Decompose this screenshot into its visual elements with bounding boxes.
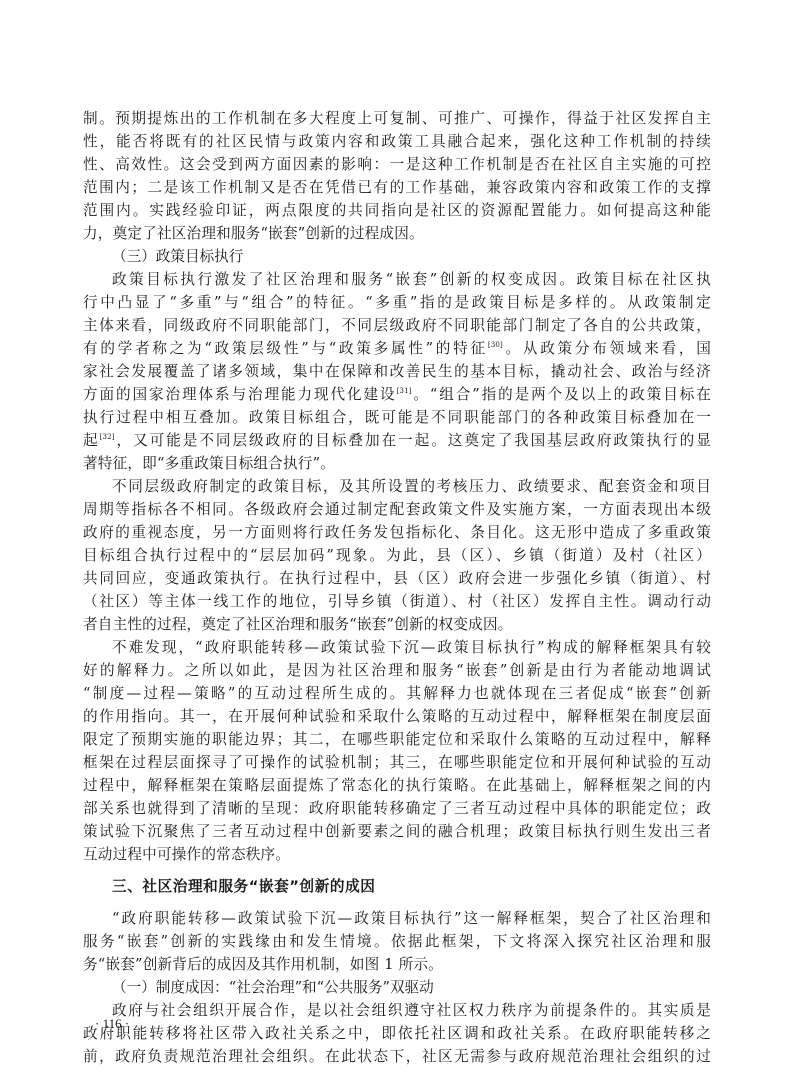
paragraph: 政府与社会组织开展合作，是以社会组织遵守社区权力秩序为前提条件的。其实质是 政府… <box>83 999 711 1068</box>
subsection-heading-institutional-cause: （一）制度成因：“社会治理”和“公共服务”双驱动 <box>83 976 711 999</box>
text-line: “制度—过程—策略”的互动过程所生成的。其解释力也就体现在三者促成“嵌套”创新 <box>83 682 711 705</box>
paragraph: 不难发现，“政府职能转移—政策试验下沉—政策目标执行”构成的解释框架具有较 好的… <box>83 636 711 866</box>
document-page: 制。预期提炼出的工作机制在多大程度上可复制、可推广、可操作，得益于社区发挥自主 … <box>83 107 711 1068</box>
text-span: 起 <box>83 432 100 449</box>
text-span: 有的学者称之为“政策层级性”与“政策多属性”的特征 <box>83 340 488 357</box>
text-line: 范围内；二是该工作机制又是否在凭借已有的工作基础，兼容政策内容和政策工作的支撑 <box>83 176 711 199</box>
paragraph: “政府职能转移—政策试验下沉—政策目标执行”这一解释框架，契合了社区治理和 服务… <box>83 907 711 976</box>
text-line: 执行过程中相互叠加。政策目标组合，既可能是不同职能部门的各种政策目标叠加在一 <box>83 406 711 429</box>
text-line: 过程中，解释框架在策略层面提炼了常态化的执行策略。在此基础上，解释框架之间的内 <box>83 774 711 797</box>
text-line: 政府的重视态度，另一方面则将行政任务发包指标化、条目化。这无形中造成了多重政策 <box>83 521 711 544</box>
paragraph-continued: 制。预期提炼出的工作机制在多大程度上可复制、可推广、可操作，得益于社区发挥自主 … <box>83 107 711 245</box>
text-span: 。从政策分布领域来看，国 <box>503 340 711 357</box>
citation-ref-32[interactable]: [32] <box>100 433 115 441</box>
text-line: 政策目标执行激发了社区治理和服务“嵌套”创新的权变成因。政策目标在社区执 <box>83 268 711 291</box>
paragraph: 不同层级政府制定的政策目标，及其所设置的考核压力、政绩要求、配套资金和项目 周期… <box>83 475 711 636</box>
text-line: （社区）等主体一线工作的地位，引导乡镇（街道）、村（社区）发挥自主性。调动行动 <box>83 590 711 613</box>
text-line: 前，政府负责规范治理社会组织。在此状态下，社区无需参与政府规范治理社会组织的过 <box>83 1045 711 1068</box>
citation-ref-31[interactable]: [31] <box>397 387 412 395</box>
text-line: 政府职能转移将社区带入政社关系之中，即依托社区调和政社关系。在政府职能转移之 <box>83 1022 711 1045</box>
text-line: 起[32]，又可能是不同层级政府的目标叠加在一起。这奠定了我国基层政府政策执行的… <box>83 429 711 452</box>
text-line: “政府职能转移—政策试验下沉—政策目标执行”这一解释框架，契合了社区治理和 <box>83 907 711 930</box>
text-line: 者自主性的过程，奠定了社区治理和服务“嵌套”创新的权变成因。 <box>83 613 711 636</box>
text-line: 框架在过程层面探寻了可操作的试验机制；其三，在哪些职能定位和开展何种试验的互动 <box>83 751 711 774</box>
text-line: 目标组合执行过程中的“层层加码”现象。为此，县（区）、乡镇（街道）及村（社区） <box>83 544 711 567</box>
page-number: · 116 · <box>95 1016 129 1032</box>
text-line: 互动过程中可操作的常态秩序。 <box>83 843 711 866</box>
text-line: 方面的国家治理体系与治理能力现代化建设[31]。“组合”指的是两个及以上的政策目… <box>83 383 711 406</box>
text-line: 部关系也就得到了清晰的呈现：政府职能转移确定了三者互动过程中具体的职能定位；政 <box>83 797 711 820</box>
text-line: 力，奠定了社区治理和服务“嵌套”创新的过程成因。 <box>83 222 711 245</box>
text-line: 不同层级政府制定的政策目标，及其所设置的考核压力、政绩要求、配套资金和项目 <box>83 475 711 498</box>
text-line: 主体来看，同级政府不同职能部门，不同层级政府不同职能部门制定了各自的公共政策， <box>83 314 711 337</box>
text-line: 务“嵌套”创新背后的成因及其作用机制，如图 1 所示。 <box>83 953 711 976</box>
text-line: 共同回应，变通政策执行。在执行过程中，县（区）政府会进一步强化乡镇（街道）、村 <box>83 567 711 590</box>
text-line: 好的解释力。之所以如此，是因为社区治理和服务“嵌套”创新是由行为者能动地调试 <box>83 659 711 682</box>
text-line: 家社会发展覆盖了诸多领域，集中在保障和改善民生的基本目标，撬动社会、政治与经济 <box>83 360 711 383</box>
subsection-heading-policy-goal-execution: （三）政策目标执行 <box>83 245 711 268</box>
text-line: 服务“嵌套”创新的实践缘由和发生情境。依据此框架，下文将深入探究社区治理和服 <box>83 930 711 953</box>
text-line: 著特征，即“多重政策目标组合执行”。 <box>83 452 711 475</box>
text-line: 的作用指向。其一，在开展何种试验和采取什么策略的互动过程中，解释框架在制度层面 <box>83 705 711 728</box>
text-line: 制。预期提炼出的工作机制在多大程度上可复制、可推广、可操作，得益于社区发挥自主 <box>83 107 711 130</box>
text-line: 行中凸显了“多重”与“组合”的特征。“多重”指的是政策目标是多样的。从政策制定 <box>83 291 711 314</box>
text-line: 限定了预期实施的职能边界；其二，在哪些职能定位和采取什么策略的互动过程中，解释 <box>83 728 711 751</box>
text-span: ，又可能是不同层级政府的目标叠加在一起。这奠定了我国基层政府政策执行的显 <box>115 432 711 449</box>
text-line: 不难发现，“政府职能转移—政策试验下沉—政策目标执行”构成的解释框架具有较 <box>83 636 711 659</box>
section-heading-causes: 三、社区治理和服务“嵌套”创新的成因 <box>83 875 711 898</box>
paragraph: 政策目标执行激发了社区治理和服务“嵌套”创新的权变成因。政策目标在社区执 行中凸… <box>83 268 711 475</box>
text-line: 政府与社会组织开展合作，是以社会组织遵守社区权力秩序为前提条件的。其实质是 <box>83 999 711 1022</box>
text-line: 策试验下沉聚焦了三者互动过程中创新要素之间的融合机理；政策目标执行则生发出三者 <box>83 820 711 843</box>
text-line: 性、高效性。这会受到两方面因素的影响：一是这种工作机制是否在社区自主实施的可控 <box>83 153 711 176</box>
text-span: 方面的国家治理体系与治理能力现代化建设 <box>83 386 397 403</box>
citation-ref-30[interactable]: [30] <box>488 341 503 349</box>
text-span: 。“组合”指的是两个及以上的政策目标在 <box>412 386 711 403</box>
text-line: 周期等指标各不相同。各级政府会通过制定配套政策文件及实施方案，一方面表现出本级 <box>83 498 711 521</box>
text-line: 范围内。实践经验印证，两点限度的共同指向是社区的资源配置能力。如何提高这种能 <box>83 199 711 222</box>
text-line: 性，能否将既有的社区民情与政策内容和政策工具融合起来，强化这种工作机制的持续 <box>83 130 711 153</box>
text-line: 有的学者称之为“政策层级性”与“政策多属性”的特征[30]。从政策分布领域来看，… <box>83 337 711 360</box>
